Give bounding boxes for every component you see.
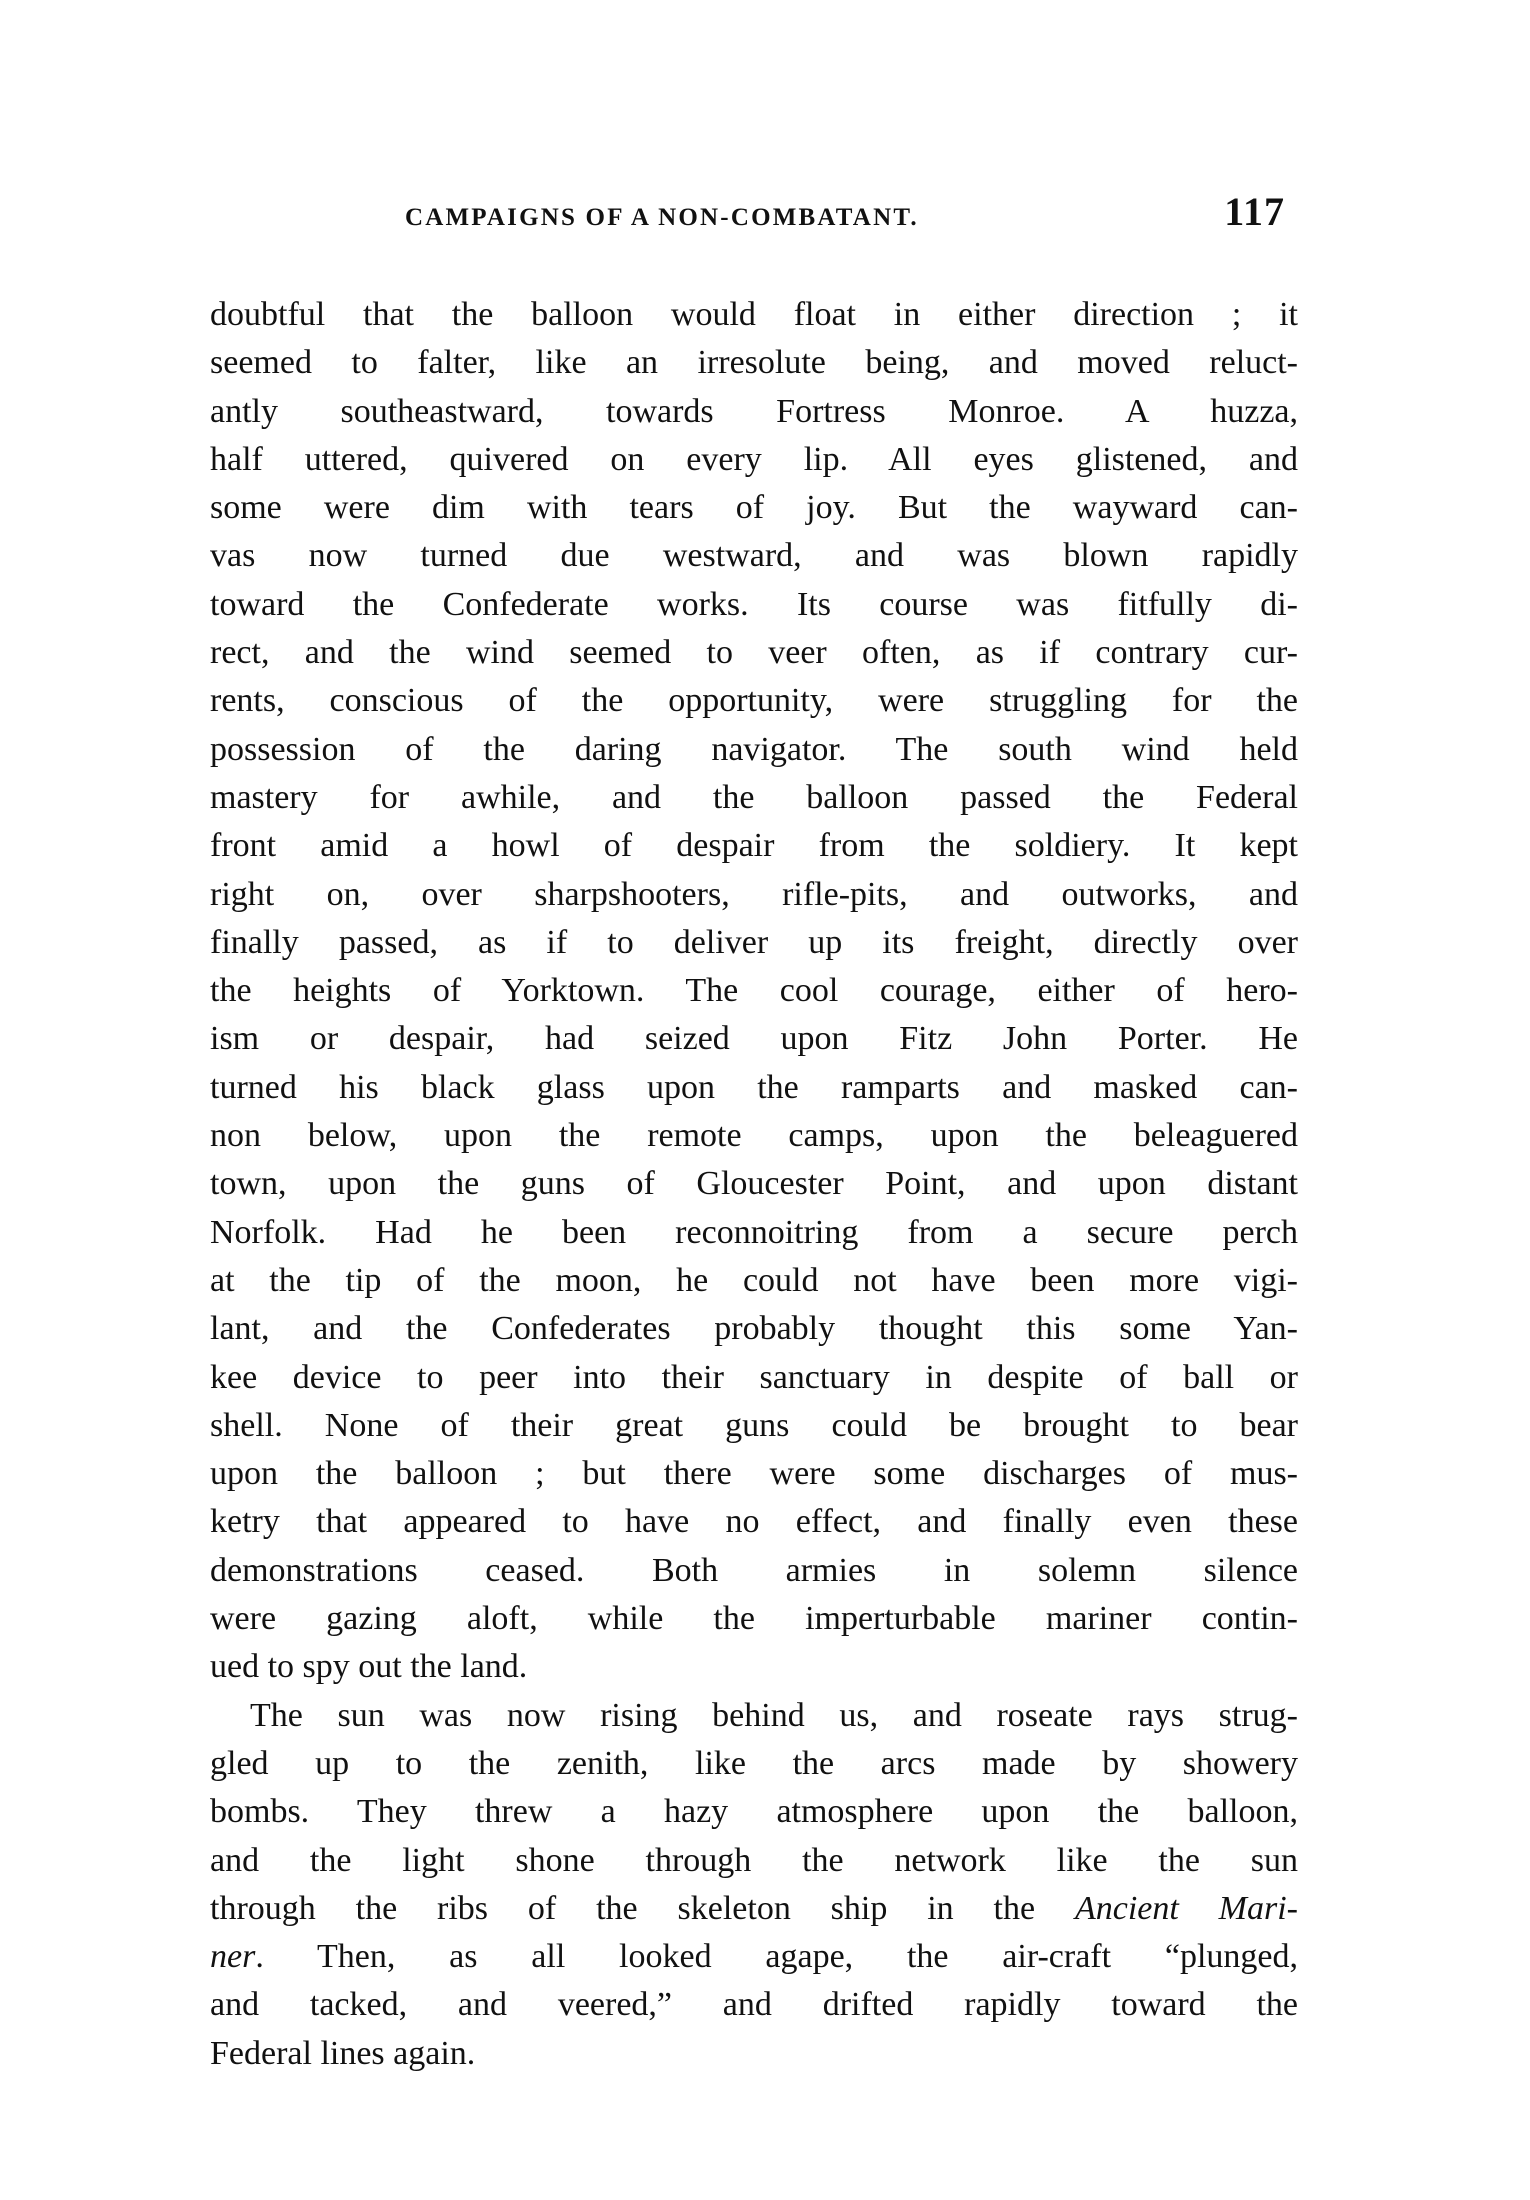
- text-line: through the ribs of the skeleton ship in…: [210, 1885, 1298, 1933]
- italic-title: ner: [210, 1938, 255, 1975]
- text-line: the heights of Yorktown. The cool courag…: [210, 967, 1298, 1015]
- text-line: upon the balloon ; but there were some d…: [210, 1450, 1298, 1498]
- book-page: CAMPAIGNS OF A NON-COMBATANT. 117 doubtf…: [0, 0, 1530, 2200]
- text-line: and the light shone through the network …: [210, 1837, 1298, 1885]
- text-line: ner. Then, as all looked agape, the air-…: [210, 1933, 1298, 1981]
- running-title: CAMPAIGNS OF A NON-COMBATANT.: [405, 204, 919, 232]
- text-line: half uttered, quivered on every lip. All…: [210, 436, 1298, 484]
- text-line: ketry that appeared to have no effect, a…: [210, 1498, 1298, 1546]
- text-line: lant, and the Confederates probably thou…: [210, 1305, 1298, 1353]
- text-line: turned his black glass upon the ramparts…: [210, 1064, 1298, 1112]
- text-line: doubtful that the balloon would float in…: [210, 291, 1298, 339]
- text-line: front amid a howl of despair from the so…: [210, 822, 1298, 870]
- text-line: Federal lines again.: [210, 2030, 1298, 2078]
- text-line: rect, and the wind seemed to veer often,…: [210, 629, 1298, 677]
- body-text: doubtful that the balloon would float in…: [210, 291, 1298, 2078]
- text-line: Norfolk. Had he been reconnoitring from …: [210, 1209, 1298, 1257]
- paragraph-2: The sun was now rising behind us, and ro…: [210, 1692, 1298, 2078]
- text-line: gled up to the zenith, like the arcs mad…: [210, 1740, 1298, 1788]
- text-line: at the tip of the moon, he could not hav…: [210, 1257, 1298, 1305]
- text-line: demonstrations ceased. Both armies in so…: [210, 1547, 1298, 1595]
- text-line: rents, conscious of the opportunity, wer…: [210, 677, 1298, 725]
- text-line: mastery for awhile, and the balloon pass…: [210, 774, 1298, 822]
- paragraph-1: doubtful that the balloon would float in…: [210, 291, 1298, 1692]
- running-head: CAMPAIGNS OF A NON-COMBATANT. 117: [405, 186, 1285, 236]
- text-line: right on, over sharpshooters, rifle-pits…: [210, 871, 1298, 919]
- text-line: town, upon the guns of Gloucester Point,…: [210, 1160, 1298, 1208]
- text-line: kee device to peer into their sanctuary …: [210, 1354, 1298, 1402]
- text-line: possession of the daring navigator. The …: [210, 726, 1298, 774]
- text-line: some were dim with tears of joy. But the…: [210, 484, 1298, 532]
- text-line: toward the Confederate works. Its course…: [210, 581, 1298, 629]
- text-line: shell. None of their great guns could be…: [210, 1402, 1298, 1450]
- text-line: antly southeastward, towards Fortress Mo…: [210, 388, 1298, 436]
- text-line: ued to spy out the land.: [210, 1643, 1298, 1691]
- text-run: through the ribs of the skeleton ship in…: [210, 1890, 1035, 1927]
- text-line: vas now turned due westward, and was blo…: [210, 532, 1298, 580]
- text-line: were gazing aloft, while the imperturbab…: [210, 1595, 1298, 1643]
- text-line: non below, upon the remote camps, upon t…: [210, 1112, 1298, 1160]
- text-line: ism or despair, had seized upon Fitz Joh…: [210, 1015, 1298, 1063]
- text-line: The sun was now rising behind us, and ro…: [210, 1692, 1298, 1740]
- text-line: and tacked, and veered,” and drifted rap…: [210, 1981, 1298, 2029]
- text-line: seemed to falter, like an irresolute bei…: [210, 339, 1298, 387]
- text-line: finally passed, as if to deliver up its …: [210, 919, 1298, 967]
- text-line: bombs. They threw a hazy atmosphere upon…: [210, 1788, 1298, 1836]
- page-number: 117: [1224, 188, 1285, 235]
- text-run: . Then, as all looked agape, the air-cra…: [255, 1938, 1298, 1975]
- italic-title: Ancient Mari-: [1075, 1890, 1298, 1927]
